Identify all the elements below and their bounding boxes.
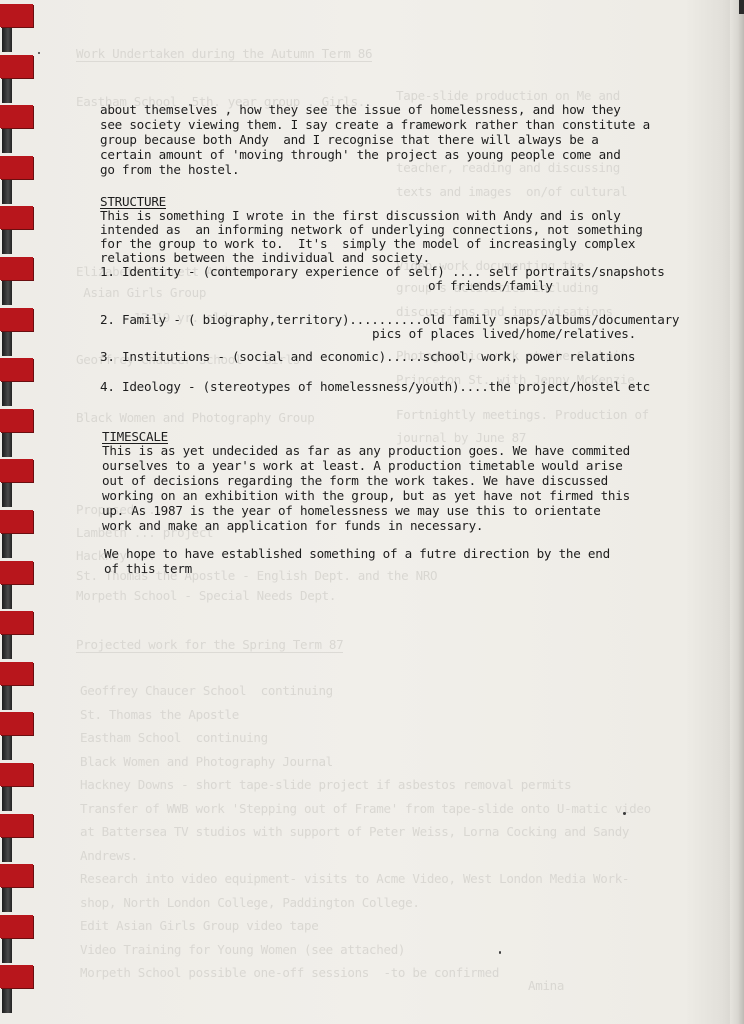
intro-line-0: about themselves , how they see the issu… [100, 103, 621, 118]
binding-tab [0, 915, 33, 938]
timescale-line-0: This is as yet undecided as far as any p… [102, 444, 630, 459]
show-through-spring-item: Black Women and Photography Journal [80, 754, 333, 769]
binding-coil [2, 378, 12, 406]
binding-tab [0, 662, 33, 685]
speck-mark [38, 52, 40, 54]
binding-coil [2, 328, 12, 356]
structure-item-identity: 1. Identity - (contemporary experience o… [100, 265, 665, 280]
show-through-spring-heading: Projected work for the Spring Term 87 [76, 637, 343, 653]
speck-mark [623, 812, 626, 815]
binding-coil [2, 479, 12, 507]
binding-tab [0, 864, 33, 887]
show-through-right-8: Fortnightly meetings. Production of [396, 407, 649, 422]
binding-coil [2, 985, 12, 1013]
binding-coil [2, 277, 12, 305]
structure-item-identity-cont: of friends/family [428, 279, 553, 294]
binding-tab [0, 611, 33, 634]
closing-line-0: We hope to have established something of… [104, 547, 610, 562]
timescale-line-2: out of decisions regarding the form the … [102, 474, 608, 489]
structure-item-family-cont: pics of places lived/home/relatives. [372, 327, 636, 342]
timescale-line-4: up. As 1987 is the year of homelessness … [102, 504, 601, 519]
intro-line-4: go from the hostel. [100, 163, 239, 178]
binding-coil [2, 682, 12, 710]
show-through-spring-item: Edit Asian Girls Group video tape [80, 918, 318, 933]
show-through-spring-item: Research into video equipment- visits to… [80, 871, 629, 886]
intro-line-3: certain amount of 'moving through' the p… [100, 148, 621, 163]
binding-tab [0, 409, 33, 432]
binding-tab [0, 257, 33, 280]
show-through-spring-item: Eastham School continuing [80, 730, 268, 745]
binding-tab [0, 105, 33, 128]
binding-tab [0, 561, 33, 584]
binding-tab [0, 206, 33, 229]
timescale-line-1: ourselves to a year's work at least. A p… [102, 459, 623, 474]
binding-coil [2, 935, 12, 963]
intro-line-2: group because both Andy and I recognise … [100, 133, 599, 148]
binding-coil [2, 75, 12, 103]
binding-tab [0, 712, 33, 735]
show-through-signature: Amina [528, 978, 564, 993]
show-through-spring-item: Geoffrey Chaucer School continuing [80, 683, 333, 698]
binding-coil [2, 732, 12, 760]
show-through-spring-item: Transfer of WWB work 'Stepping out of Fr… [80, 801, 651, 816]
binding-coil [2, 581, 12, 609]
binding-tab [0, 814, 33, 837]
binding-tab [0, 459, 33, 482]
binding-coil [2, 429, 12, 457]
timescale-line-5: work and make an application for funds i… [102, 519, 483, 534]
spiral-binding [0, 0, 40, 1024]
binding-coil [2, 24, 12, 52]
show-through-spring-item: at Battersea TV studios with support of … [80, 824, 629, 839]
binding-tab [0, 308, 33, 331]
structure-item-ideology: 4. Ideology - (stereotypes of homelessne… [100, 380, 650, 395]
binding-coil [2, 530, 12, 558]
speck-mark [499, 951, 501, 954]
binding-coil [2, 631, 12, 659]
page-stack-edge [730, 0, 744, 1024]
intro-line-1: see society viewing them. I say create a… [100, 118, 650, 133]
closing-line-1: of this term [104, 562, 192, 577]
show-through-right-0: Tape-slide production on Me and [396, 88, 620, 103]
binding-coil [2, 884, 12, 912]
binding-coil [2, 226, 12, 254]
show-through-left-5: Black Women and Photography Group [76, 410, 314, 425]
document-page: Work Undertaken during the Autumn Term 8… [0, 0, 744, 1024]
show-through-spring-item: Morpeth School possible one-off sessions… [80, 965, 499, 980]
show-through-right-2: texts and images on/of cultural [396, 184, 627, 199]
binding-tab [0, 156, 33, 179]
timescale-line-3: working on an exhibition with the group,… [102, 489, 630, 504]
binding-tab [0, 763, 33, 786]
binding-tab [0, 55, 33, 78]
binding-tab [0, 510, 33, 533]
show-through-spring-item: shop, North London College, Paddington C… [80, 895, 420, 910]
show-through-spring-item: Andrews. [80, 848, 138, 863]
binding-coil [2, 783, 12, 811]
show-through-left-2: Asian Girls Group [76, 285, 206, 300]
show-through-contact-4: Morpeth School - Special Needs Dept. [76, 588, 336, 603]
binding-coil [2, 834, 12, 862]
structure-item-institutions: 3. Institutions - (social and economic).… [100, 350, 635, 365]
show-through-spring-item: Hackney Downs - short tape-slide project… [80, 777, 571, 792]
binding-tab [0, 965, 33, 988]
show-through-spring-item: St. Thomas the Apostle [80, 707, 239, 722]
binding-tab [0, 4, 33, 27]
binding-coil [2, 125, 12, 153]
binding-coil [2, 176, 12, 204]
binding-tab [0, 358, 33, 381]
show-through-title: Work Undertaken during the Autumn Term 8… [76, 46, 372, 62]
show-through-spring-item: Video Training for Young Women (see atta… [80, 942, 405, 957]
